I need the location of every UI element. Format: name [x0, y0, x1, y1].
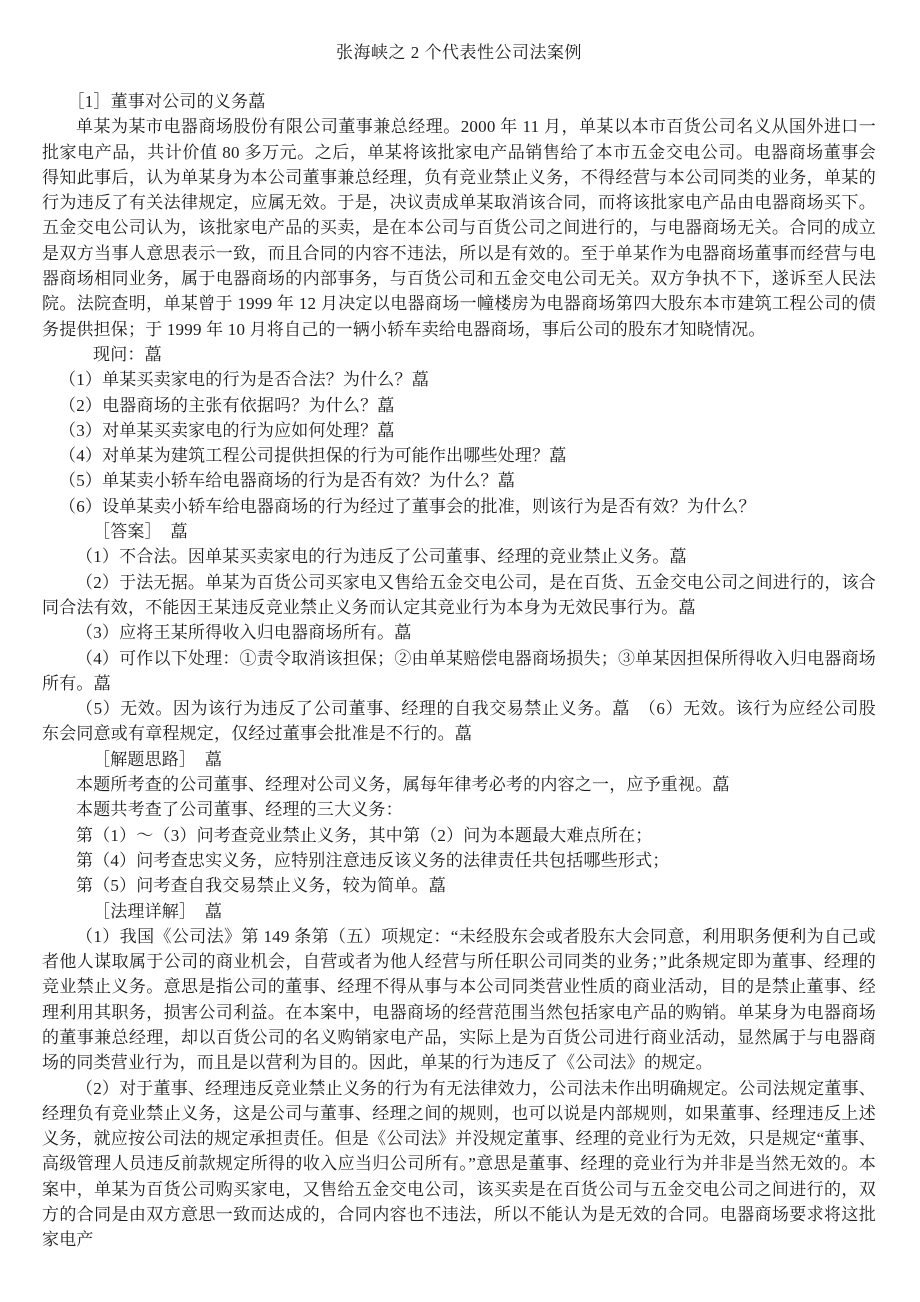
case-facts-paragraph: 单某为某市电器商场股份有限公司董事兼总经理。2000 年 11 月，单某以本市百…	[42, 114, 876, 342]
analysis-paragraph-1: （1）我国《公司法》第 149 条第（五）项规定：“未经股东会或者股东大会同意，…	[42, 924, 876, 1076]
answer-4: （4）可作以下处理：①责令取消该担保；②由单某赔偿电器商场损失；③单某因担保所得…	[42, 646, 876, 697]
questions-label: 现问：藠	[42, 342, 876, 367]
answer-1: （1）不合法。因单某买卖家电的行为违反了公司董事、经理的竞业禁止义务。藠	[42, 544, 876, 569]
answer-3: （3）应将王某所得收入归电器商场所有。藠	[42, 620, 876, 645]
approach-point-3: 第（5）问考查自我交易禁止义务，较为简单。藠	[42, 873, 876, 898]
section-heading: ［1］董事对公司的义务藠	[42, 89, 876, 114]
document-page: 张海峡之 2 个代表性公司法案例 ［1］董事对公司的义务藠 单某为某市电器商场股…	[0, 0, 920, 1302]
analysis-paragraph-2: （2）对于董事、经理违反竞业禁止义务的行为有无法律效力，公司法未作出明确规定。公…	[42, 1076, 876, 1253]
question-4: （4）对单某为建筑工程公司提供担保的行为可能作出哪些处理？藠	[42, 443, 876, 468]
approach-point-2: 第（4）问考查忠实义务，应特别注意违反该义务的法律责任共包括哪些形式；	[42, 848, 876, 873]
answer-label: ［答案］ 藠	[42, 519, 876, 544]
answer-2: （2）于法无据。单某为百货公司买家电又售给五金交电公司，是在百货、五金交电公司之…	[42, 570, 876, 621]
question-6: （6）设单某卖小轿车给电器商场的行为经过了董事会的批准，则该行为是否有效？为什么…	[42, 494, 876, 519]
approach-summary-2: 本题共考查了公司董事、经理的三大义务：	[42, 797, 876, 822]
solving-approach-label: ［解题思路］ 藠	[42, 747, 876, 772]
legal-analysis-label: ［法理详解］ 藠	[42, 899, 876, 924]
question-1: （1）单某买卖家电的行为是否合法？为什么？藠	[42, 367, 876, 392]
approach-summary-1: 本题所考查的公司董事、经理对公司义务，属每年律考必考的内容之一，应予重视。藠	[42, 772, 876, 797]
answer-5-6: （5）无效。因为该行为违反了公司董事、经理的自我交易禁止义务。藠 （6）无效。该…	[42, 696, 876, 747]
document-title: 张海峡之 2 个代表性公司法案例	[42, 40, 876, 65]
question-3: （3）对单某买卖家电的行为应如何处理？藠	[42, 418, 876, 443]
question-2: （2）电器商场的主张有依据吗？为什么？藠	[42, 393, 876, 418]
approach-point-1: 第（1）～（3）问考查竞业禁止义务，其中第（2）问为本题最大难点所在；	[42, 823, 876, 848]
question-5: （5）单某卖小轿车给电器商场的行为是否有效？为什么？藠	[42, 468, 876, 493]
